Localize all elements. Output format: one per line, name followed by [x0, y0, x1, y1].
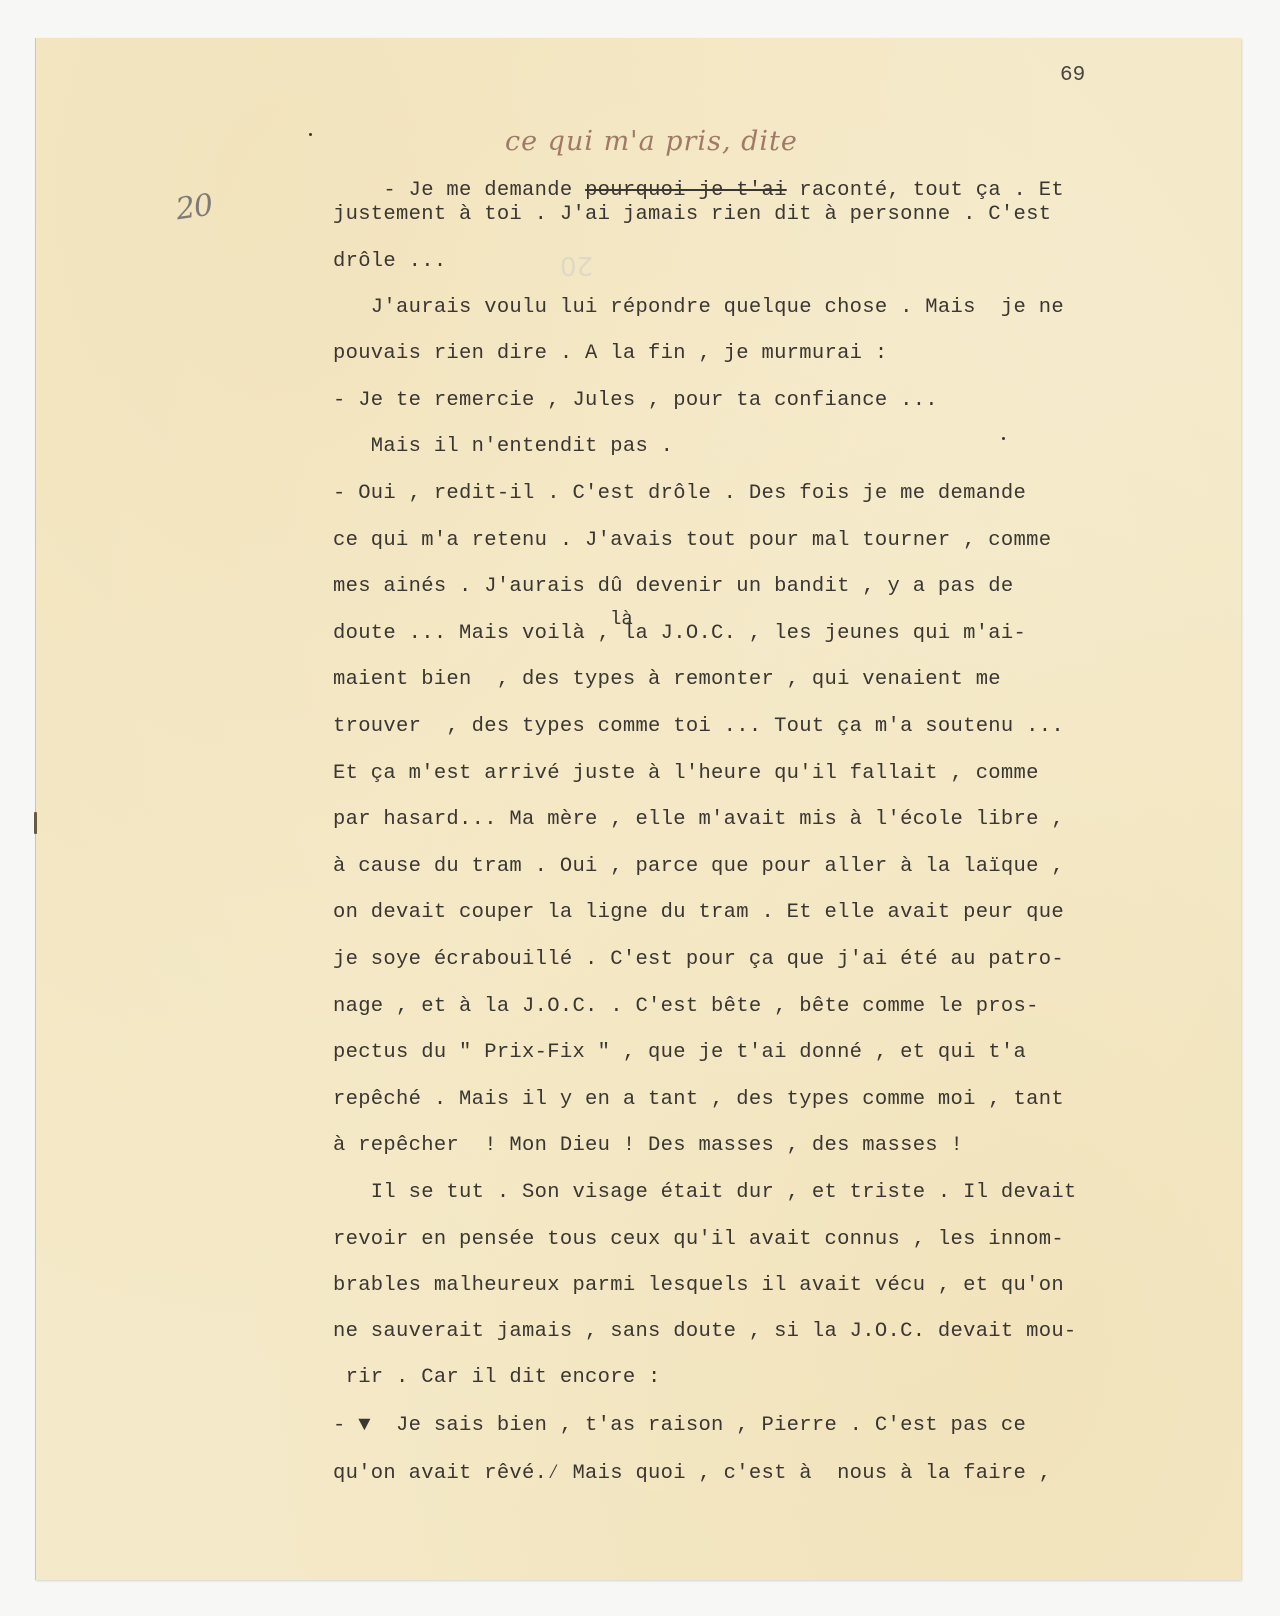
text-line: Il se tut . Son visage était dur , et tr…: [333, 1181, 1077, 1204]
text-line: - Oui , redit-il . C'est drôle . Des foi…: [333, 482, 1026, 505]
text-line: - Je te remercie , Jules , pour ta confi…: [333, 389, 938, 412]
document-body: - Je me demande pourquoi je t'ai raconté…: [333, 0, 1213, 1616]
text-line: trouver , des types comme toi ... Tout ç…: [333, 715, 1064, 738]
margin-annotation: 20: [174, 188, 215, 228]
text-line: revoir en pensée tous ceux qu'il avait c…: [333, 1228, 1064, 1251]
text-line: rir . Car il dit encore :: [333, 1366, 661, 1389]
text-line: ne sauverait jamais , sans doute , si la…: [333, 1320, 1077, 1343]
text-line: pouvais rien dire . A la fin , je murmur…: [333, 342, 888, 365]
text-line: Et ça m'est arrivé juste à l'heure qu'il…: [333, 762, 1039, 785]
text-line: par hasard... Ma mère , elle m'avait mis…: [333, 808, 1064, 831]
struck-text: pourquoi je t'ai: [585, 179, 787, 202]
line-text: - Je me demande: [383, 179, 585, 202]
text-line: doute ... Mais voilà , la J.O.C. , les j…: [333, 622, 1026, 645]
text-line: brables malheureux parmi lesquels il ava…: [333, 1274, 1064, 1297]
text-line: Mais il n'entendit pas .: [333, 435, 673, 458]
text-line: on devait couper la ligne du tram . Et e…: [333, 901, 1064, 924]
text-line: mes ainés . J'aurais dû devenir un bandi…: [333, 575, 1014, 598]
text-line: repêché . Mais il y en a tant , des type…: [333, 1088, 1064, 1111]
text-line: pectus du " Prix-Fix " , que je t'ai don…: [333, 1041, 1026, 1064]
text-line: ce qui m'a retenu . J'avais tout pour ma…: [333, 529, 1051, 552]
text-line: justement à toi . J'ai jamais rien dit à…: [333, 203, 1051, 226]
text-line: je soye écrabouillé . C'est pour ça que …: [333, 948, 1064, 971]
text-line: maient bien , des types à remonter , qui…: [333, 668, 1001, 691]
text-line: J'aurais voulu lui répondre quelque chos…: [333, 296, 1064, 319]
text-line: nage , et à la J.O.C. . C'est bête , bêt…: [333, 995, 1039, 1018]
ink-speck: [309, 133, 312, 136]
text-line: à cause du tram . Oui , parce que pour a…: [333, 855, 1064, 878]
text-line: drôle ...: [333, 250, 446, 273]
text-line: qu'on avait rêvé.⁄ Mais quoi , c'est à n…: [333, 1462, 1051, 1485]
text-line: - ▼ Je sais bien , t'as raison , Pierre …: [333, 1414, 1026, 1437]
line-text: raconté, tout ça . Et: [787, 179, 1064, 202]
text-line: à repêcher ! Mon Dieu ! Des masses , des…: [333, 1134, 963, 1157]
paper-edge-stain: [34, 812, 37, 834]
